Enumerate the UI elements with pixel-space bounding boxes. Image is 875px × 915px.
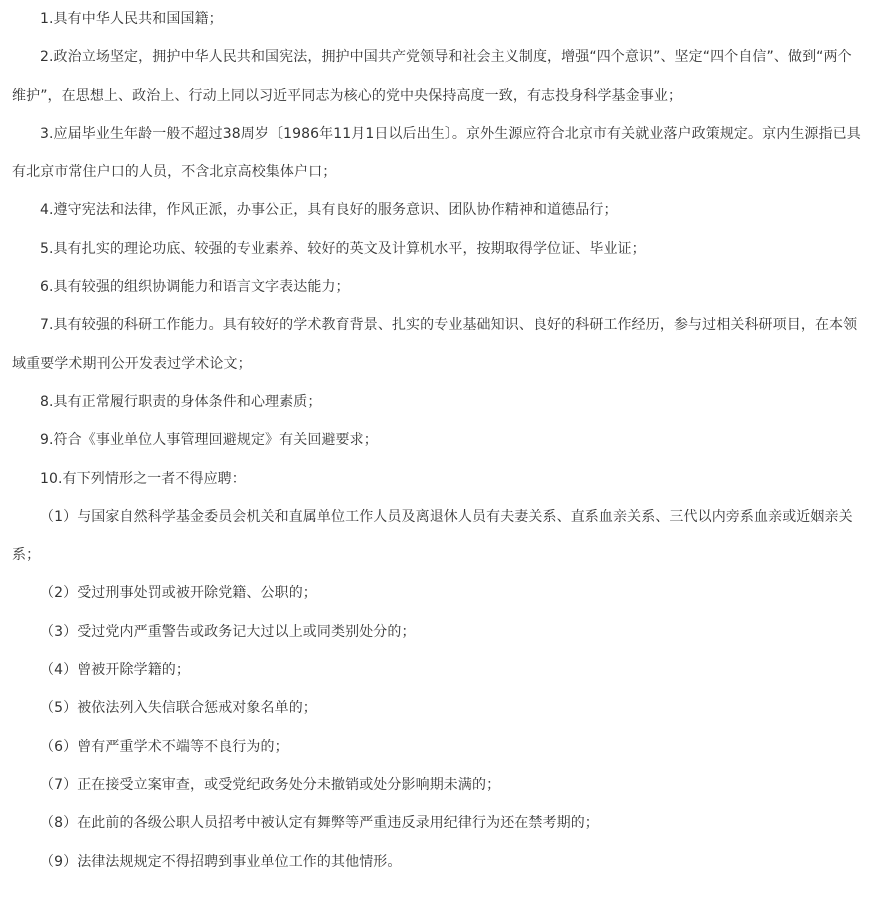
disqualification-2-criminal-record: （2）受过刑事处罚或被开除党籍、公职的； [12,574,863,612]
disqualification-7-under-investigation: （7）正在接受立案审查，或受党纪政务处分未撤销或处分影响期未满的； [12,766,863,804]
requirement-9-avoidance-rules: 9.符合《事业单位人事管理回避规定》有关回避要求； [12,421,863,459]
requirement-10-disqualifications: 10.有下列情形之一者不得应聘： [12,460,863,498]
requirement-2-political-stance: 2.政治立场坚定，拥护中华人民共和国宪法，拥护中国共产党领导和社会主义制度，增强… [12,38,863,115]
requirement-5-professional-skills: 5.具有扎实的理论功底、较强的专业素养、较好的英文及计算机水平，按期取得学位证、… [12,230,863,268]
disqualification-3-party-discipline: （3）受过党内严重警告或政务记大过以上或同类别处分的； [12,613,863,651]
document-body: 1.具有中华人民共和国国籍； 2.政治立场坚定，拥护中华人民共和国宪法，拥护中国… [0,0,863,881]
requirement-1-nationality: 1.具有中华人民共和国国籍； [12,0,863,38]
requirement-3-age-residence: 3.应届毕业生年龄一般不超过38周岁〔1986年11月1日以后出生〕。京外生源应… [12,115,863,192]
disqualification-5-credit-blacklist: （5）被依法列入失信联合惩戒对象名单的； [12,689,863,727]
requirement-7-research-ability: 7.具有较强的科研工作能力。具有较好的学术教育背景、扎实的专业基础知识、良好的科… [12,306,863,383]
requirement-8-health: 8.具有正常履行职责的身体条件和心理素质； [12,383,863,421]
requirement-4-law-ethics: 4.遵守宪法和法律，作风正派，办事公正，具有良好的服务意识、团队协作精神和道德品… [12,191,863,229]
disqualification-9-other-legal: （9）法律法规规定不得招聘到事业单位工作的其他情形。 [12,843,863,881]
requirement-6-communication: 6.具有较强的组织协调能力和语言文字表达能力； [12,268,863,306]
disqualification-6-academic-misconduct: （6）曾有严重学术不端等不良行为的； [12,728,863,766]
disqualification-4-expelled-student: （4）曾被开除学籍的； [12,651,863,689]
disqualification-1-relatives: （1）与国家自然科学基金委员会机关和直属单位工作人员及离退休人员有夫妻关系、直系… [12,498,863,575]
disqualification-8-exam-cheating: （8）在此前的各级公职人员招考中被认定有舞弊等严重违反录用纪律行为还在禁考期的； [12,804,863,842]
